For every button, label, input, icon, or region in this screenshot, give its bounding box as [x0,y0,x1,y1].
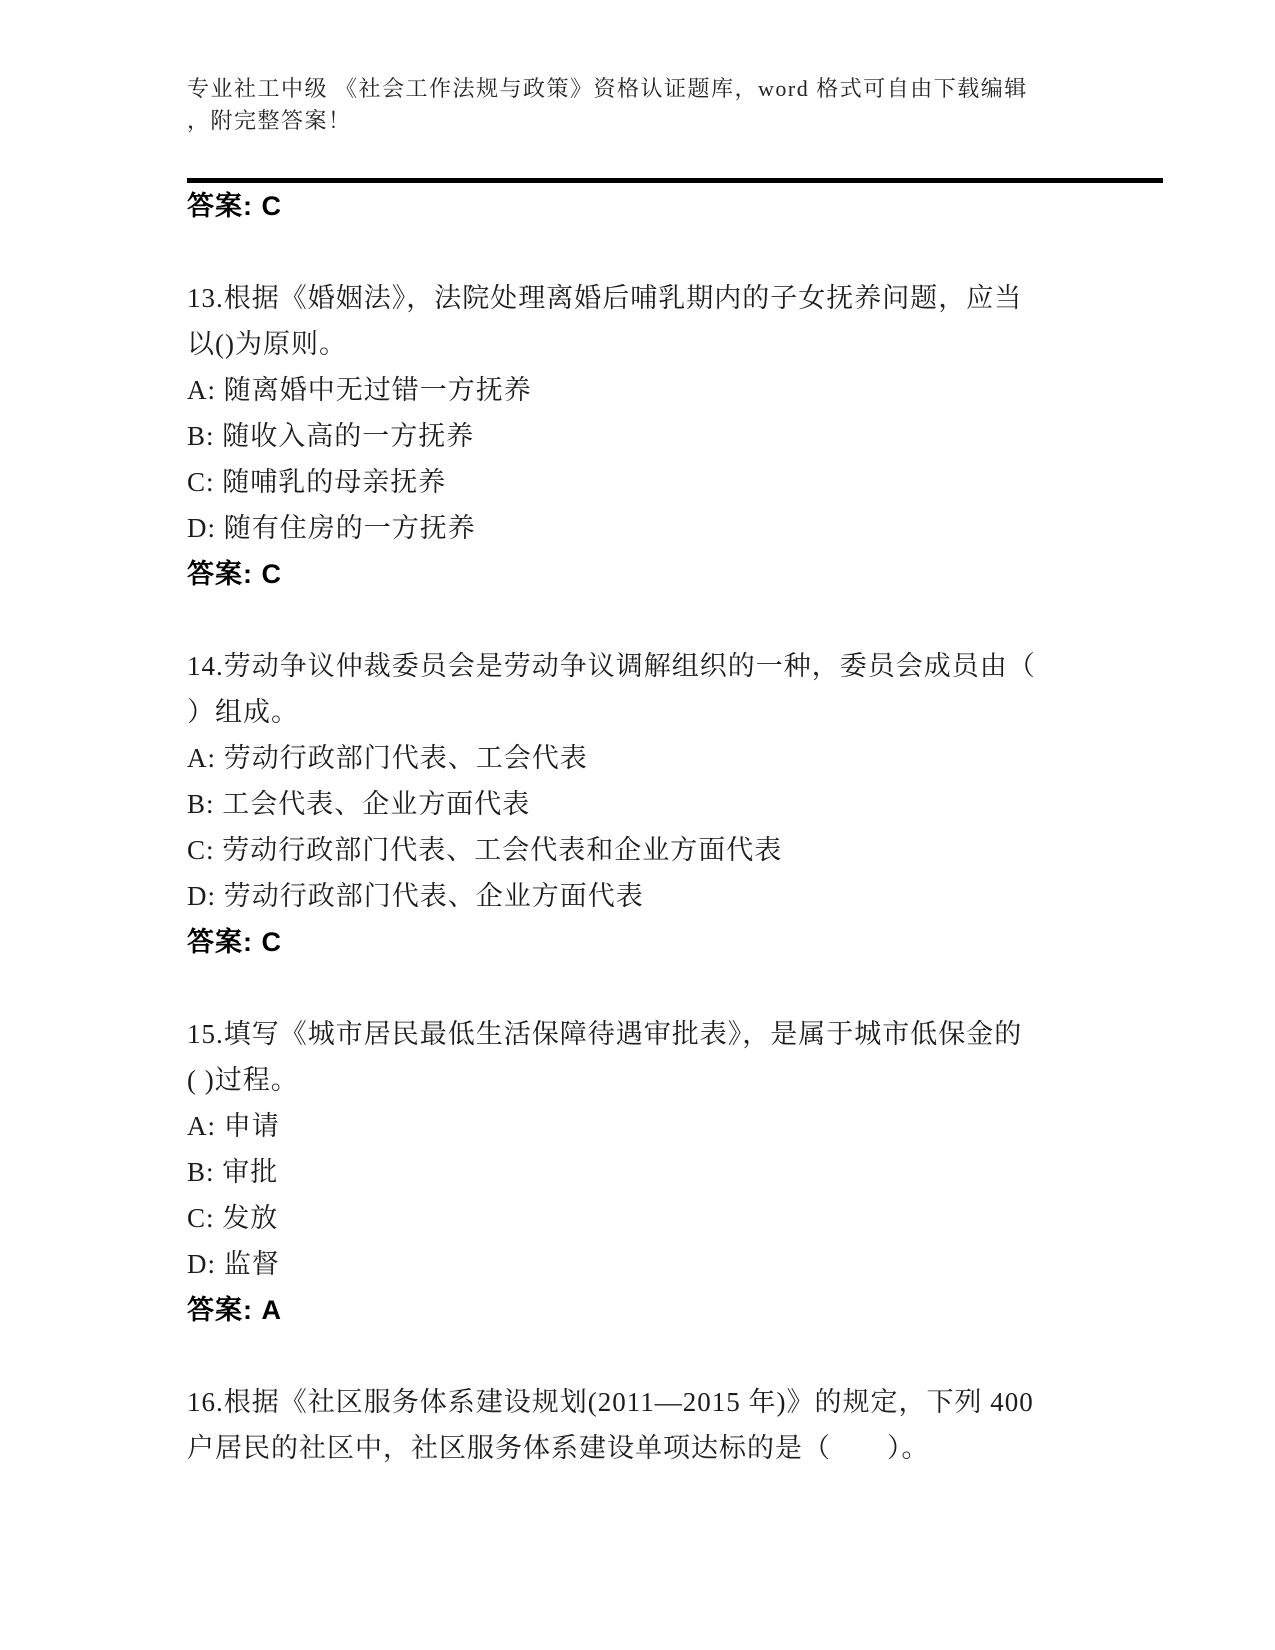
question-13: 13.根据《婚姻法》，法院处理离婚后哺乳期内的子女抚养问题，应当 以()为原则。… [187,275,1163,597]
answer-line: 答案: C [187,183,1163,229]
option-a: A: 申请 [187,1103,1163,1149]
question-stem-line: 14.劳动争议仲裁委员会是劳动争议调解组织的一种，委员会成员由（ [187,643,1163,689]
question-stem-line: 户居民的社区中，社区服务体系建设单项达标的是（ ）。 [187,1425,1163,1471]
option-c: C: 劳动行政部门代表、工会代表和企业方面代表 [187,827,1163,873]
page-header: 专业社工中级 《社会工作法规与政策》资格认证题库，word 格式可自由下载编辑 … [187,73,1163,137]
question-stem-line: ）组成。 [187,689,1163,735]
question-stem-line: ( )过程。 [187,1057,1163,1103]
question-stem-line: 15.填写《城市居民最低生活保障待遇审批表》，是属于城市低保金的 [187,1011,1163,1057]
question-stem-line: 以()为原则。 [187,321,1163,367]
question-16: 16.根据《社区服务体系建设规划(2011—2015 年)》的规定，下列 400… [187,1379,1163,1471]
answer-line: 答案: C [187,919,1163,965]
option-a: A: 劳动行政部门代表、工会代表 [187,735,1163,781]
option-d: D: 随有住房的一方抚养 [187,505,1163,551]
answer-block-q12: 答案: C [187,183,1163,229]
option-a: A: 随离婚中无过错一方抚养 [187,367,1163,413]
document-page: 专业社工中级 《社会工作法规与政策》资格认证题库，word 格式可自由下载编辑 … [0,0,1275,1650]
header-text-line: ，附完整答案！ [187,105,1163,137]
header-text-line: 专业社工中级 《社会工作法规与政策》资格认证题库，word 格式可自由下载编辑 [187,73,1163,105]
question-14: 14.劳动争议仲裁委员会是劳动争议调解组织的一种，委员会成员由（ ）组成。 A:… [187,643,1163,965]
option-b: B: 工会代表、企业方面代表 [187,781,1163,827]
question-stem-line: 13.根据《婚姻法》，法院处理离婚后哺乳期内的子女抚养问题，应当 [187,275,1163,321]
answer-line: 答案: C [187,551,1163,597]
question-15: 15.填写《城市居民最低生活保障待遇审批表》，是属于城市低保金的 ( )过程。 … [187,1011,1163,1333]
option-d: D: 监督 [187,1241,1163,1287]
option-c: C: 随哺乳的母亲抚养 [187,459,1163,505]
answer-line: 答案: A [187,1287,1163,1333]
question-stem-line: 16.根据《社区服务体系建设规划(2011—2015 年)》的规定，下列 400 [187,1379,1163,1425]
document-content: 专业社工中级 《社会工作法规与政策》资格认证题库，word 格式可自由下载编辑 … [187,73,1163,1471]
option-c: C: 发放 [187,1195,1163,1241]
option-d: D: 劳动行政部门代表、企业方面代表 [187,873,1163,919]
option-b: B: 随收入高的一方抚养 [187,413,1163,459]
option-b: B: 审批 [187,1149,1163,1195]
